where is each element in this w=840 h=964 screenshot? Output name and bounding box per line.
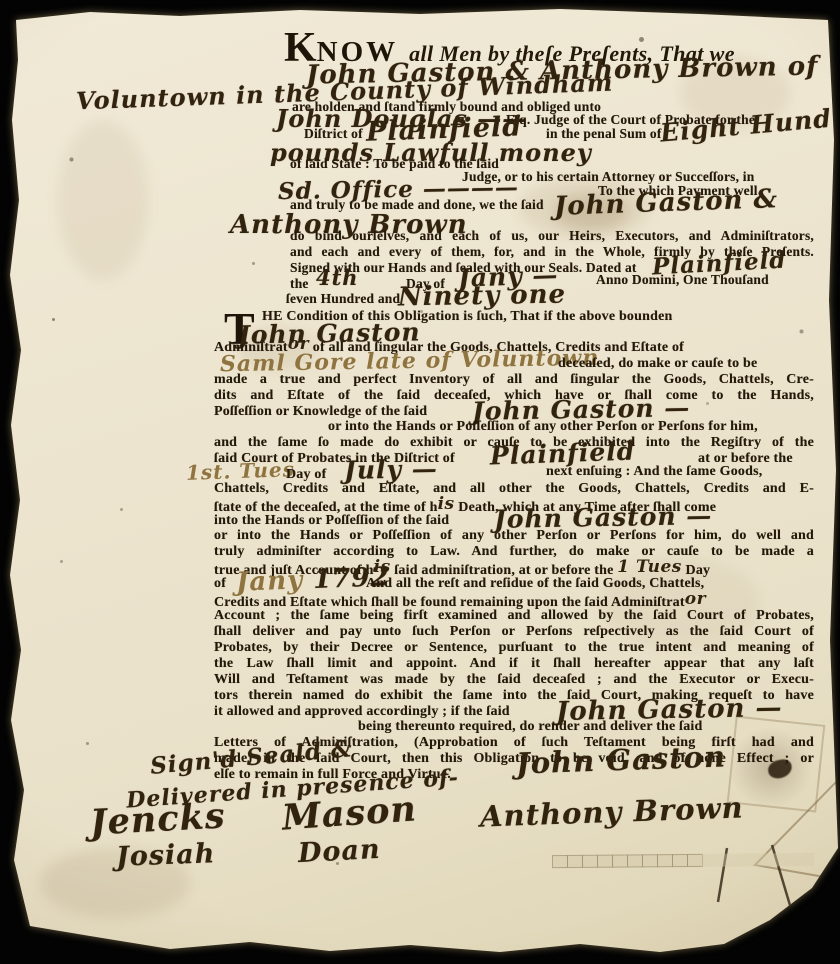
printed-text: Probates, by their Decree or Sentence, p…: [214, 640, 814, 655]
printed-line: into the Hands or Poſſeſſion of the ſaid: [214, 513, 449, 529]
printed-text: ſeven Hundred and: [286, 291, 400, 306]
ink-specks: [0, 0, 3, 3]
printed-line: Poſſeſſion or Knowledge of the ſaid: [214, 404, 427, 420]
printed-line: ſeven Hundred and: [286, 291, 400, 307]
printed-text: deceaſed, do make or cauſe to be: [558, 356, 757, 371]
printed-line: or into the Hands or Poſſeſſion of any o…: [214, 528, 814, 544]
printed-text: into the Hands or Poſſeſſion of the ſaid: [214, 513, 449, 528]
printed-text: ſhall deliver and pay unto ſuch Perſon o…: [214, 624, 814, 639]
day-handwritten: 4th: [316, 266, 359, 290]
handwritten-text: 4th: [316, 265, 359, 290]
printed-text: Will and Teſtament was made by the ſaid …: [214, 672, 814, 687]
obligor-signature: John Gaston: [515, 740, 726, 782]
scanned-document-page: { "colors": { "background": "#030303", "…: [0, 0, 840, 964]
printed-line: do bind ourſelves, and each of us, our H…: [290, 228, 814, 244]
witness-signature: Josiah: [115, 838, 215, 872]
printed-line: the Law ſhall limit and appoint. And if …: [214, 656, 814, 672]
printed-text: Poſſeſſion or Knowledge of the ſaid: [214, 404, 427, 419]
printed-text: Account ; the ſame being firſt examined …: [214, 608, 814, 623]
handwritten-text: Josiah: [115, 838, 215, 872]
printed-text: the Law ſhall limit and appoint. And if …: [214, 656, 814, 671]
witness-signature: Jencks: [89, 796, 226, 843]
printed-text: the: [290, 276, 309, 291]
handwritten-insert: 1 Tues: [617, 557, 682, 577]
printed-text: made a true and perfect Inventory of all…: [214, 372, 814, 387]
printed-line: it allowed and approved accordingly ; if…: [214, 704, 510, 720]
printed-line: And all the reſt and reſidue of the ſaid…: [366, 576, 704, 592]
printed-text: And all the reſt and reſidue of the ſaid…: [366, 576, 704, 591]
printed-line: truly adminiſter according to Law. And f…: [214, 544, 814, 560]
printed-line: being thereunto required, do render and …: [358, 719, 703, 735]
printed-line: or into the Hands or Poſſeſſion of any o…: [328, 419, 758, 435]
printed-text: of: [214, 576, 226, 591]
printed-text: it allowed and approved accordingly ; if…: [214, 704, 510, 719]
printed-line: of: [214, 576, 226, 592]
printed-line: next enſuing : And the ſame Goods,: [546, 464, 762, 480]
handwritten-text: Doan: [297, 834, 381, 869]
printed-text: or into the Hands or Poſſeſſion of any o…: [214, 528, 814, 543]
printed-text: being thereunto required, do render and …: [358, 719, 703, 734]
printed-text: do bind ourſelves, and each of us, our H…: [290, 228, 814, 243]
handwritten-text: Eight Hundred: [659, 99, 840, 147]
printed-text: Anno Domini, One Thouſand: [596, 272, 769, 287]
printed-line: ſhall deliver and pay unto ſuch Perſon o…: [214, 624, 814, 640]
paper-content: KNOW all Men by theſe Preſents, That weJ…: [0, 0, 840, 964]
handwritten-text: John Gaston &: [554, 184, 779, 222]
printed-line: deceaſed, do make or cauſe to be: [558, 356, 757, 372]
handwritten-text: Mason: [281, 788, 418, 838]
printed-text: next enſuing : And the ſame Goods,: [546, 464, 762, 479]
printed-text: or into the Hands or Poſſeſſion of any o…: [328, 419, 758, 434]
handwritten-text: Anthony Brown: [479, 790, 744, 833]
paper: KNOW all Men by theſe Preſents, That weJ…: [0, 0, 840, 964]
printed-text: truly adminiſter according to Law. And f…: [214, 544, 814, 559]
printed-text: Day of: [286, 467, 326, 482]
handwritten-text: Ninety one: [398, 280, 567, 313]
handwritten-text: John Gaston: [515, 739, 726, 780]
penal-sum-handwritten: Eight Hundred: [659, 100, 840, 149]
printed-line: the: [290, 276, 309, 292]
printed-line: Will and Teſtament was made by the ſaid …: [214, 672, 814, 688]
printed-line: made a true and perfect Inventory of all…: [214, 372, 814, 388]
printed-text: Chattels, Credits and Eſtate, and all ot…: [214, 481, 814, 496]
handwritten-text: Jencks: [89, 795, 227, 843]
obligor-name-handwritten: John Gaston &: [554, 184, 779, 223]
printed-line: Account ; the ſame being firſt examined …: [214, 608, 814, 624]
obligor-signature: Anthony Brown: [479, 791, 744, 835]
witness-signature: Mason: [281, 789, 418, 839]
printed-line: Chattels, Credits and Eſtate, and all ot…: [214, 481, 814, 497]
handwritten-insert: or: [685, 589, 706, 609]
handwritten-insert: is: [438, 494, 455, 514]
witness-signature: Doan: [297, 834, 381, 869]
paper-shadow-wrap: KNOW all Men by theſe Preſents, That weJ…: [0, 0, 840, 964]
printed-line: Anno Domini, One Thouſand: [596, 272, 769, 288]
printed-line: Probates, by their Decree or Sentence, p…: [214, 640, 814, 656]
